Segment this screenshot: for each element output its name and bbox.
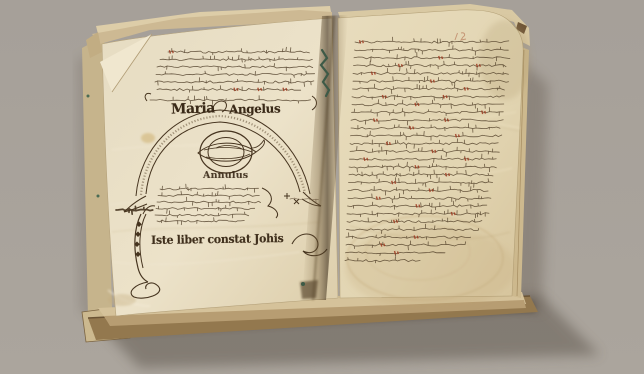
word-angelus: Angelus bbox=[229, 102, 281, 117]
ownership-inscription: Iste liber constat Johis bbox=[151, 231, 284, 247]
word-annulus-caption: Annulus bbox=[203, 170, 248, 181]
manuscript-book-photo bbox=[0, 0, 644, 374]
photo-scene: Maria Angelus Annulus Iste liber constat… bbox=[0, 0, 644, 374]
word-maria: Maria bbox=[171, 100, 215, 117]
left-page bbox=[100, 18, 338, 316]
right-page bbox=[338, 10, 531, 310]
